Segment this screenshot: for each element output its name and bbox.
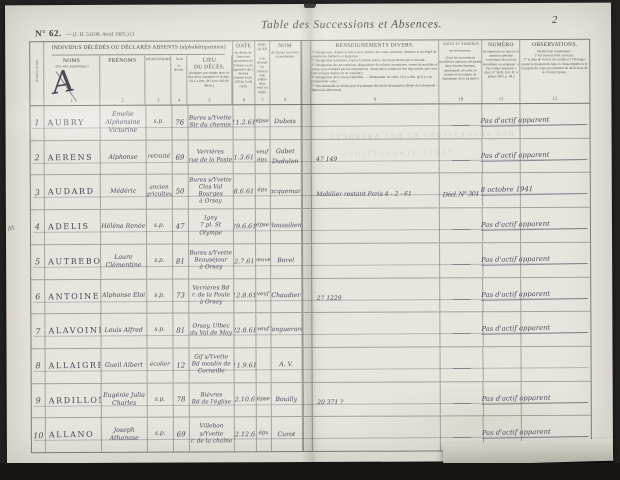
row-number: 6: [31, 280, 45, 314]
row-number: 10: [32, 418, 46, 452]
observation-note: Pas d'actif apparent: [481, 219, 587, 231]
spouse-name-cell: Curot: [271, 417, 302, 451]
firstnames-cell: Héléna Renée: [101, 210, 147, 244]
renseignements-cell: [311, 104, 440, 138]
death-place-cell: Orsay, Ulbec du Val de May: [189, 314, 234, 348]
death-date-cell: 12.12.61: [234, 418, 256, 452]
surname-cell: AUTREBON: [45, 244, 101, 278]
age-cell: 50: [172, 175, 188, 209]
fold-cell: [302, 383, 312, 417]
page-number: 2: [552, 15, 557, 26]
row-number: 4: [31, 210, 45, 244]
fold-cell: [301, 174, 311, 208]
death-place-cell: Gif s/Yvette Bd moulin de Corneille: [189, 348, 234, 382]
header-professions: PROFESSIONS 3: [146, 56, 172, 105]
observations-cell: [522, 347, 591, 381]
age-cell: 78: [173, 383, 189, 417]
page-fold-column: [301, 41, 311, 104]
declaration-cell: ———: [440, 208, 484, 243]
form-imprint: N° 62. — (J. H. 51108. Avril 1905.) (1: [35, 23, 135, 41]
firstnames-cell: Eugénie Julia Charles: [102, 383, 148, 417]
table-row: 6 ANTOINE Alphonse Eloi s.p. 73 Verrière…: [31, 277, 590, 314]
profession-cell: s.p.: [147, 314, 173, 348]
fold-cell: [302, 313, 312, 347]
surname-cell: ARDILLON: [45, 383, 101, 417]
fold-cell: [301, 140, 311, 174]
row-number: 1: [30, 106, 44, 140]
form-number: N° 62.: [35, 28, 62, 38]
succession-table: Numéros d'ordre. INDIVIDUS DÉCÉDÉS OU DÉ…: [29, 39, 592, 453]
observation-note: Pas d'actif apparent: [481, 150, 587, 162]
table-row: 9 ARDILLON Eugénie Julia Charles s.p. 78…: [32, 381, 591, 418]
declaration-cell: ———: [440, 243, 484, 278]
age-cell: 69: [174, 418, 190, 452]
death-place-cell: Verrières Bd r. de la Poule à Orsay: [189, 279, 234, 313]
header-prenoms: PRÉNOMS 2: [100, 56, 146, 105]
profession-cell: s.p.: [147, 383, 173, 417]
observation-note: Pas d'actif apparent: [482, 393, 588, 405]
firstnames-cell: Emelie Alphonsine Victorine: [100, 106, 146, 140]
declaration-cell: ———: [440, 277, 484, 312]
surname-cell: AERENS: [44, 140, 100, 174]
surname-cell: ADELIS: [45, 210, 101, 244]
renseignements-cell: [312, 347, 441, 381]
renseignements-cell: [312, 417, 441, 451]
death-date-cell: 1.3.61: [233, 140, 255, 174]
death-date-cell: 22.8.61: [234, 313, 256, 347]
marital-status-cell: épse: [255, 105, 270, 139]
table-row: 7 ALAVOINE Louis Alfred s.p. 81 Orsay, U…: [31, 312, 590, 349]
marital-status-cell: épse: [256, 209, 271, 243]
age-cell: 81: [173, 244, 189, 278]
header-nom-epoux: NOM de l'époux survivant ou prédécédé. 8: [270, 41, 301, 104]
binding-notch: [304, 0, 316, 8]
table-row: 2 AERENS Alphonse retraité 69 Verrières …: [31, 138, 590, 175]
renseignements-cell: 47 149: [311, 139, 440, 173]
age-cell: 73: [173, 279, 189, 313]
table-row: 3 AUDARD Médéric ancien agriculteur 50 B…: [31, 173, 590, 210]
spouse-name-cell: A. V.: [271, 348, 302, 382]
fold-cell: [301, 209, 311, 243]
marital-status-cell: veuf épx: [255, 140, 270, 174]
header-date-deces: DATE du décès, de l'envoi en possession …: [233, 41, 255, 104]
header-noms: NOMS (Par ordre alphabétique.) A 1: [44, 56, 100, 105]
marital-status-cell: [256, 348, 271, 382]
death-place-cell: Igny 7 pl. St Olympe: [189, 209, 234, 243]
renseignements-cell: [311, 209, 440, 243]
firstnames-cell: Gueil Albert: [101, 349, 147, 383]
renseignements-cell: 20 371 ?: [312, 382, 441, 416]
declaration-cell: ———: [440, 312, 484, 347]
death-place-cell: Bièvres Bd de l'église: [189, 383, 234, 417]
profession-cell: s.p.: [146, 106, 172, 140]
death-date-cell: 12.10.61: [234, 383, 256, 417]
profession-cell: écolier: [147, 349, 173, 383]
surname-cell: ANTOINE: [45, 279, 101, 313]
profession-cell: s.p.: [148, 418, 174, 452]
marital-status-cell: veuf: [256, 279, 271, 313]
form-imprint-detail: — (J. H. 51108. Avril 1905.) (1: [66, 32, 135, 38]
death-place-cell: Villebon s/Yvette r. de la chaîne: [190, 418, 235, 452]
table-row: 4 ADELIS Héléna Renée s.p. 47 Igny 7 pl.…: [31, 208, 590, 245]
row-number: 3: [31, 176, 45, 210]
fold-cell: [302, 417, 312, 451]
table-row: 5 AUTREBON Laure Clémentine s.p. 81 Bure…: [31, 243, 590, 280]
age-cell: 47: [173, 210, 189, 244]
spouse-name-cell: Gabet Dudulon: [270, 140, 301, 174]
row-number: 9: [32, 384, 46, 418]
marital-status-cell: épx: [256, 417, 271, 451]
row-number: 5: [31, 245, 45, 279]
table-body: 1 AUBRY Emelie Alphonsine Victorine s.p.…: [30, 104, 591, 452]
table-row: 8 ALLAIGRE Gueil Albert écolier 12 Gif s…: [32, 347, 591, 384]
paper-sheet: N° 62. — (J. H. 51108. Avril 1905.) (1 T…: [5, 3, 613, 464]
declaration-cell: ———: [441, 381, 485, 416]
header-observations: OBSERVATIONS. Mentionner notamment : 1° …: [520, 40, 589, 103]
header-dates-numeros: DATES ET NUMÉROS des déclarations. (Pour…: [440, 40, 483, 103]
profession-cell: s.p.: [147, 279, 173, 313]
fold-cell: [302, 244, 312, 278]
surname-cell: AUBRY: [44, 106, 100, 140]
death-date-cell: 29.6.61: [234, 209, 256, 243]
spouse-name-cell: Roussilien: [270, 209, 301, 243]
spouse-name-cell: Borel: [271, 244, 302, 278]
surname-cell: AUDARD: [45, 175, 101, 209]
spouse-name-cell: Chaudier: [271, 279, 302, 313]
scanned-document: N° 62. — (J. H. 51108. Avril 1905.) (1 T…: [0, 0, 620, 480]
row-number: 2: [31, 141, 45, 175]
spouse-name-cell: Vanguerard: [271, 313, 302, 347]
firstnames-cell: Alphonse: [100, 140, 146, 174]
firstnames-cell: Alphonse Eloi: [101, 279, 147, 313]
declaration-cell: Décl. N° 301: [440, 173, 484, 208]
margin-scribble: ʍ: [6, 223, 16, 235]
row-number: 8: [32, 349, 46, 383]
firstnames-cell: Laure Clémentine: [101, 245, 147, 279]
header-numero-repertoire: NUMÉRO de répertoire ou renvoi ou mentio…: [482, 40, 520, 103]
surname-cell: ALLANO: [46, 418, 102, 452]
renseignements-cell: 27 1229: [312, 278, 441, 312]
death-place-cell: Bures s/Yvette Beauséjour à Orsay: [189, 244, 234, 278]
age-cell: 12: [173, 348, 189, 382]
death-date-cell: 11.2.61: [233, 105, 255, 139]
age-cell: 76: [172, 106, 188, 140]
surname-cell: ALLAIGRE: [45, 349, 101, 383]
header-renseignements: RENSEIGNEMENTS DIVERS. 1° Désignation, d…: [311, 40, 440, 104]
renseignements-cell: [312, 243, 441, 277]
death-date-cell: 2.7.61: [234, 244, 256, 278]
death-date-cell: 12.8.61: [234, 279, 256, 313]
observation-note: Pas d'actif apparent: [481, 289, 587, 301]
row-number: 7: [31, 314, 45, 348]
renseignements-cell: [312, 313, 441, 347]
marital-status-cell: veuve: [256, 244, 271, 278]
declaration-cell: ———: [440, 347, 484, 382]
profession-cell: retraité: [146, 140, 172, 174]
fold-cell: [302, 348, 312, 382]
spouse-name-cell: Dubois: [270, 105, 301, 139]
repertoire-cell: [484, 347, 522, 381]
firstnames-cell: Médéric: [101, 175, 147, 209]
table-header: Numéros d'ordre. INDIVIDUS DÉCÉDÉS OU DÉ…: [30, 40, 589, 106]
death-place-cell: Bures s/Yvette Clos Val Bourges à Orsay: [188, 175, 233, 209]
header-etat-civil: INDI- QUER si le décédé ou l'absent étai…: [255, 41, 270, 104]
page-curl: [443, 439, 614, 466]
document-title: Table des Successions et Absences.: [261, 18, 491, 31]
age-cell: 69: [172, 140, 188, 174]
observation-note: Pas d'actif apparent: [481, 254, 587, 266]
scan-background: [0, 463, 620, 480]
declaration-cell: ———: [439, 104, 483, 139]
marital-status-cell: épse: [256, 383, 271, 417]
header-group-individus: INDIVIDUS DÉCÉDÉS OU DÉCLARÉS ABSENTS (a…: [44, 41, 233, 105]
marital-status-cell: veuf: [256, 313, 271, 347]
profession-cell: s.p.: [147, 210, 173, 244]
death-place-cell: Verrières rue de la Poste: [188, 140, 233, 174]
firstnames-cell: Louis Alfred: [101, 314, 147, 348]
fold-cell: [302, 279, 312, 313]
spouse-name-cell: Jacquemart: [270, 174, 301, 208]
profession-cell: ancien agriculteur: [147, 175, 173, 209]
spouse-name-cell: Bouilly: [271, 383, 302, 417]
death-place-cell: Bures s/Yvette Str du chemin: [188, 105, 233, 139]
age-cell: 81: [173, 314, 189, 348]
firstnames-cell: Joseph Athanase: [102, 418, 148, 452]
header-lieu-deces: LIEU DU DÉCÈS. (Indiquer, par simple not…: [187, 55, 232, 104]
numero-ordre-label: Numéros d'ordre.: [35, 60, 39, 82]
fold-cell: [301, 105, 311, 139]
renseignements-cell: Mobilier restant Paris 4 - 2 - 61: [311, 174, 440, 208]
profession-cell: s.p.: [147, 244, 173, 278]
group-title: INDIVIDUS DÉCÉDÉS OU DÉCLARÉS ABSENTS (a…: [52, 42, 225, 56]
surname-cell: ALAVOINE: [45, 314, 101, 348]
header-age: ÂGE du décédé. 4: [172, 56, 188, 105]
observation-note: Pas d'actif apparent: [480, 115, 586, 127]
header-numero-ordre: Numéros d'ordre.: [30, 42, 44, 105]
declaration-cell: ———: [440, 139, 484, 174]
table-row: 1 AUBRY Emelie Alphonsine Victorine s.p.…: [30, 104, 589, 141]
marital-status-cell: épx: [255, 175, 270, 209]
death-date-cell: 8.6.61: [233, 175, 255, 209]
death-date-cell: 11.9.61: [234, 348, 256, 382]
